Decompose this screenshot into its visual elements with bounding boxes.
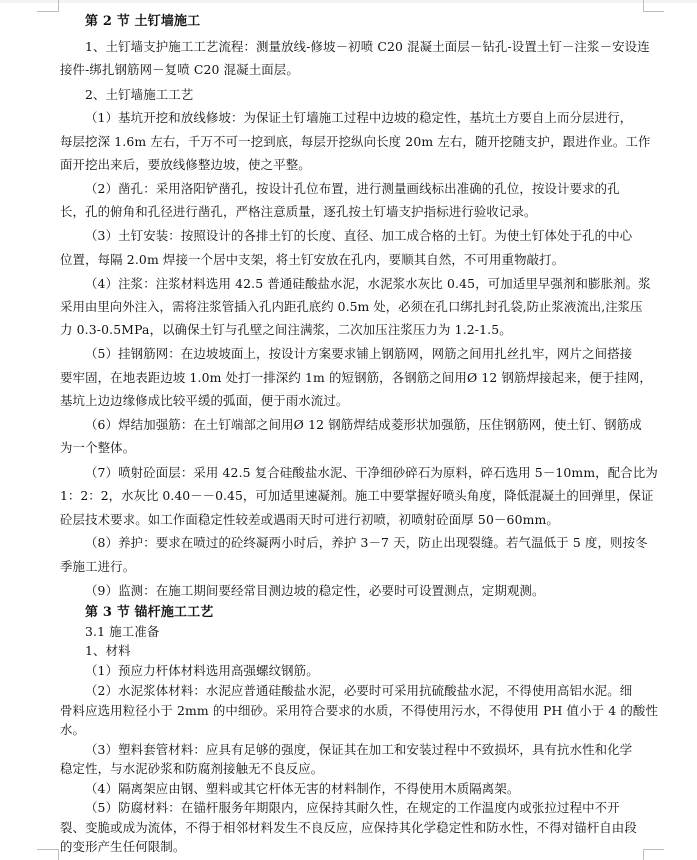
crop-mark-top-left-v bbox=[58, 0, 59, 12]
item-8-line1: （8）养护：要求在喷过的砼终凝两小时后，养护 3－7 天，防止出现裂缝。若气温低… bbox=[85, 535, 648, 551]
item-2-line2: 长，孔的俯角和孔径进行凿孔，严格注意质量，逐孔按土钉墙支护指标进行验收记录。 bbox=[60, 204, 537, 220]
crop-mark-top-right-h bbox=[643, 11, 664, 12]
item-2-line1: （2）凿孔：采用洛阳铲凿孔，按设计孔位布置，进行测量画线标出准确的孔位，按设计要… bbox=[85, 181, 620, 197]
item-8-line2: 季施工进行。 bbox=[60, 559, 135, 575]
crop-mark-bottom-left-v bbox=[58, 849, 59, 860]
paragraph-process-flow-line2: 接件-绑扎钢筋网－复喷 C20 混凝土面层。 bbox=[60, 62, 299, 78]
paragraph-process-flow-line1: 1、土钉墙支护施工工艺流程：测量放线-修坡－初喷 C20 混凝土面层－钻孔-设置… bbox=[85, 39, 650, 55]
item-1-line2: 每层挖深 1.6m 左右，千万不可一挖到底，每层开挖纵向长度 20m 左右，随开… bbox=[60, 134, 651, 150]
item-5-line3: 基坑上边边缘修成比较平缓的弧面，便于雨水流过。 bbox=[60, 393, 348, 409]
item-9: （9）监测：在施工期间要经常目测边坡的稳定性，必要时可设置测点，定期观测。 bbox=[85, 583, 545, 599]
item-6-line2: 为一个整体。 bbox=[60, 440, 135, 456]
item-3-line1: （3）土钉安装：按照设计的各排土钉的长度、直径、加工成合格的土钉。为使土钉体处于… bbox=[85, 228, 632, 244]
section-2-heading: 第 2 节 土钉墙施工 bbox=[85, 14, 200, 30]
material-5-line2: 裂、变脆或成为流体，不得于相邻材料发生不良反应，应保持其化学稳定性和防水性，不得… bbox=[60, 820, 637, 836]
material-2-line3: 水。 bbox=[60, 722, 85, 738]
item-7-line3: 砼层技术要求。如工作面稳定性较差或遇雨天时可进行初喷，初喷射砼面厚 50－60m… bbox=[60, 512, 559, 528]
material-3-line1: （3）塑料套管材料：应具有足够的强度，保证其在加工和安装过程中不致损坏，具有抗水… bbox=[85, 742, 632, 758]
paragraph-construction-process: 2、土钉墙施工工艺 bbox=[85, 87, 193, 103]
item-1-line3: 面开挖出来后，要放线修整边坡，使之平整。 bbox=[60, 157, 311, 173]
crop-mark-bottom-right-h bbox=[643, 849, 664, 850]
materials-heading: 1、材料 bbox=[85, 643, 131, 659]
material-4: （4）隔离架应由钢、塑料或其它杆体无害的材料制作，不得使用木质隔离架。 bbox=[85, 781, 519, 797]
item-5-line2: 要牢固，在地表距边坡 1.0m 处打一排深约 1m 的短钢筋，各钢筋之间用Ø 1… bbox=[60, 370, 652, 386]
item-6-line1: （6）焊结加强筋：在土钉端部之间用Ø 12 钢筋焊结成菱形状加强筋，压住钢筋网，… bbox=[85, 417, 642, 433]
crop-mark-bottom-left-h bbox=[37, 849, 58, 850]
item-4-line3: 力 0.3-0.5MPa，以确保土钉与孔壁之间注满浆，二次加压注浆压力为 1.2… bbox=[60, 322, 512, 338]
material-1: （1）预应力杆体材料选用高强螺纹钢筋。 bbox=[85, 663, 319, 679]
material-2-line1: （2）水泥浆体材料：水泥应普通硅酸盐水泥，必要时可采用抗硫酸盐水泥，不得使用高铝… bbox=[85, 683, 632, 699]
material-5-line1: （5）防腐材料：在锚杆服务年期限内，应保持其耐久性，在规定的工作温度内或张拉过程… bbox=[85, 800, 620, 816]
material-2-line2: 骨料应选用粒径小于 2mm 的中细砂。采用符合要求的水质，不得使用污水，不得使用… bbox=[60, 703, 658, 719]
crop-mark-bottom-right-v bbox=[643, 849, 644, 860]
item-5-line1: （5）挂钢筋网：在边坡坡面上，按设计方案要求铺上钢筋网，网筋之间用扎丝扎牢，网片… bbox=[85, 346, 632, 362]
item-4-line1: （4）注浆：注浆材料选用 42.5 普通硅酸盐水泥，水泥浆水灰比 0.45，可加… bbox=[85, 276, 651, 292]
material-5-line3: 的变形产生任何限制。 bbox=[60, 839, 185, 855]
item-3-line2: 位置，每隔 2.0m 焊接一个居中支架，将土钉安放在孔内，要顺其自然，不可用重物… bbox=[60, 252, 564, 268]
section-3-heading: 第 3 节 锚杆施工工艺 bbox=[85, 605, 213, 621]
item-7-line1: （7）喷射砼面层：采用 42.5 复合硅酸盐水泥、干净细砂碎石为原料，碎石选用 … bbox=[85, 465, 658, 481]
material-3-line2: 稳定性，与水泥砂浆和防腐剂接触无不良反应。 bbox=[60, 761, 323, 777]
item-4-line2: 采用由里向外注入，需将注浆管插入孔内距孔底约 0.5m 处，必须在孔口绑扎封孔袋… bbox=[60, 299, 643, 315]
subsection-3-1-heading: 3.1 施工准备 bbox=[85, 624, 159, 640]
document-page: 第 2 节 土钉墙施工 1、土钉墙支护施工工艺流程：测量放线-修坡－初喷 C20… bbox=[0, 0, 697, 860]
item-7-line2: 1：2：2，水灰比 0.40－－0.45，可加适里速凝剂。施工中要掌握好喷头角度… bbox=[60, 488, 653, 504]
crop-mark-top-left-h bbox=[37, 11, 58, 12]
crop-mark-top-right-v bbox=[643, 0, 644, 12]
page-top-shadow bbox=[0, 0, 697, 3]
item-1-line1: （1）基坑开挖和放线修坡：为保证土钉墙施工过程中边坡的稳定性，基坑土方要自上而分… bbox=[85, 110, 632, 126]
